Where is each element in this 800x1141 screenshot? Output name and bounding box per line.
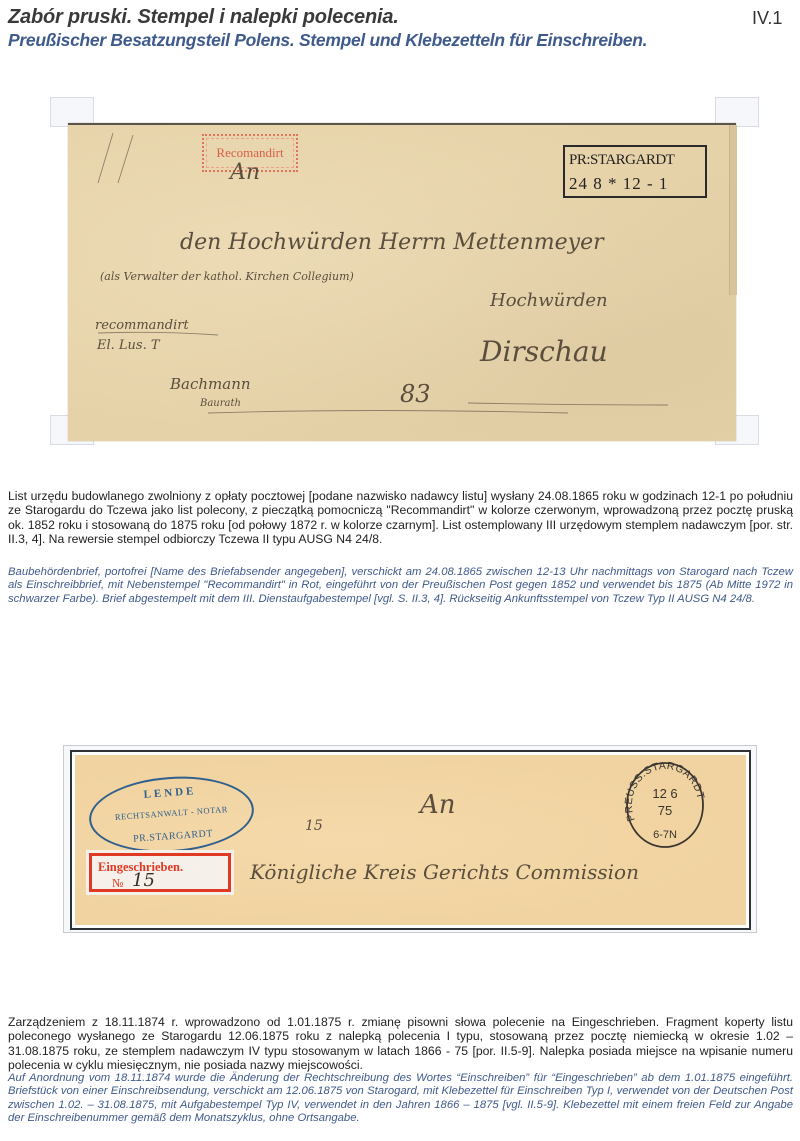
manuscript-city: Dirschau xyxy=(480,335,608,368)
manuscript-line3: Hochwürden xyxy=(490,290,608,311)
description1-polish: List urzędu budowlanego zwolniony z opła… xyxy=(8,489,793,546)
round-stamp-year: 75 xyxy=(658,803,672,818)
manuscript-number: 83 xyxy=(400,380,431,408)
manuscript-signature2: Baurath xyxy=(200,398,241,409)
manuscript-addressee: den Hochwürden Herrn Mettenmeyer xyxy=(180,230,604,255)
manuscript-left-note2: El. Lus. T xyxy=(97,338,160,353)
manuscript-line2: (als Verwalter der kathol. Kirchen Colle… xyxy=(100,270,354,283)
page-title-german: Preußischer Besatzungsteil Polens. Stemp… xyxy=(8,30,647,51)
description2-polish: Zarządzeniem z 18.11.1874 r. wprowadzono… xyxy=(8,1015,793,1072)
round-postmark-preuss-stargardt: PREUSS:STARGARDT 12 6 75 6-7N xyxy=(620,760,710,850)
manuscript-line1-2: Königliche Kreis Gerichts Commission xyxy=(250,860,639,884)
manuscript-an-2: An xyxy=(420,790,456,820)
description2-german: Auf Anordnung vom 18.11.1874 wurde die Ä… xyxy=(8,1072,793,1125)
description1-german: Baubehördenbrief, portofrei [Name des Br… xyxy=(8,566,793,606)
eingeschrieben-label: Eingeschrieben. № 15 xyxy=(86,850,234,895)
label-number-sign: № xyxy=(112,876,123,891)
label-number: 15 xyxy=(132,870,155,891)
manuscript-left-note: recommandirt xyxy=(95,318,189,333)
manuscript-note-2: 15 xyxy=(305,818,323,834)
round-stamp-date: 12 6 xyxy=(652,786,677,801)
round-stamp-time: 6-7N xyxy=(653,829,677,841)
manuscript-signature: Bachmann xyxy=(170,375,251,393)
manuscript-an: An xyxy=(230,160,260,185)
page-title-polish: Zabór pruski. Stempel i nalepki poleceni… xyxy=(8,6,399,29)
oval-stamp-profession: RECHTSANWALT - NOTAR xyxy=(91,802,252,823)
page-number: IV.1 xyxy=(752,8,782,29)
